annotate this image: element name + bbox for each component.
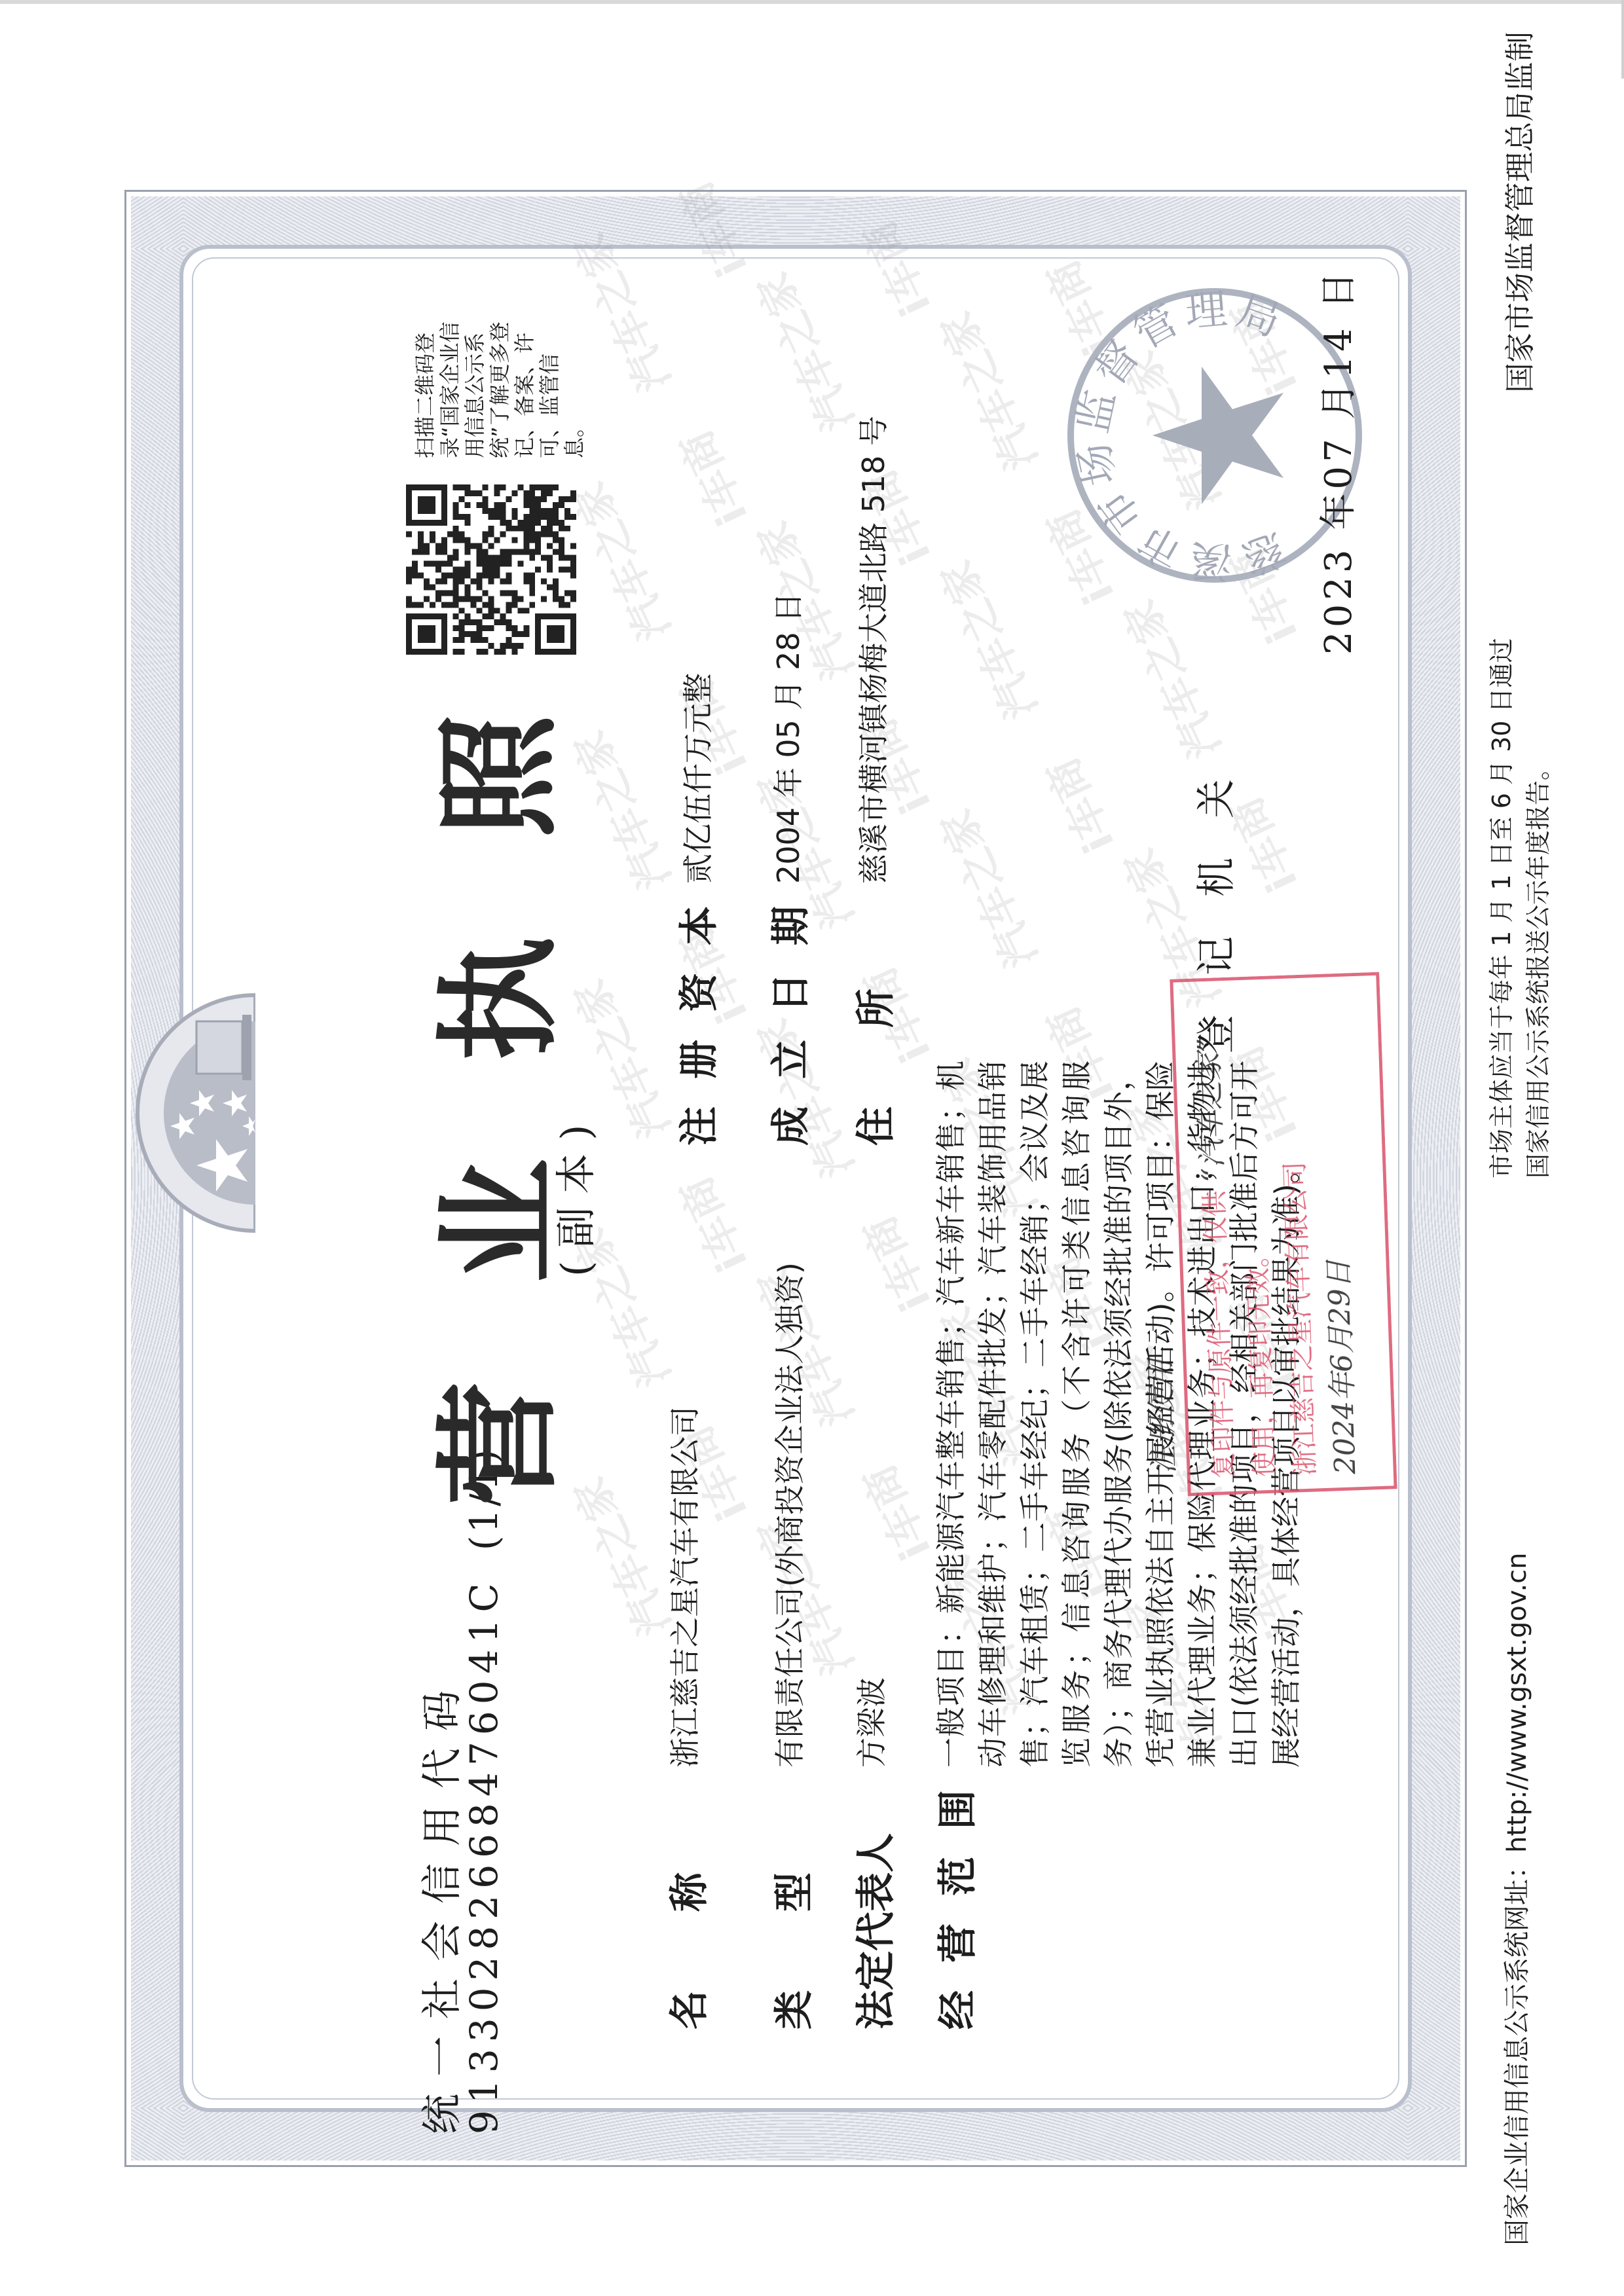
field-label-scope: 经营范围 [927, 1762, 983, 2030]
field-value-legal-rep: 方梁波 [848, 1677, 891, 1768]
issue-year-unit: 年 [1318, 490, 1360, 530]
national-emblem-icon [118, 982, 255, 1244]
field-label-established: 成立日期 [760, 879, 816, 1146]
field-value-type: 有限责任公司(外商投资企业法人独资) [766, 1262, 809, 1768]
handwritten-signature: 注册使用 [1141, 1358, 1185, 1475]
field-label-type: 类型 [763, 1794, 819, 2030]
field-value-name: 浙江慈吉之星汽车有限公司 [661, 1406, 705, 1768]
field-value-address: 慈溪市横河镇杨梅大道北路 518 号 [850, 416, 893, 884]
credit-code-label: 统一社会信用代码 [409, 1673, 468, 2134]
field-value-established: 2004 年 05 月 28 日 [765, 592, 808, 884]
field-label-name: 名称 [658, 1794, 714, 2030]
gsxt-url-notice: 国家企业信用信息公示系统网址：http://www.gsxt.gov.cn [1496, 1552, 1534, 2246]
field-label-address: 住所 [845, 910, 901, 1146]
handwritten-purpose: “汽车之家” [1191, 1037, 1230, 1183]
issue-month-unit: 月 [1318, 379, 1360, 420]
annual-report-notice: 市场主体应当于每年 1 月 1 日至 6 月 30 日通过 国家信用公示系统报送… [1483, 638, 1557, 1178]
field-label-capital: 注册资本 [668, 879, 724, 1146]
issue-day: 14 [1318, 324, 1360, 378]
qr-caption: 扫描二维码登录“国家企业信用信息公示系统”了解更多登记、备案、许可、监管信息。 [413, 321, 587, 458]
credit-code: 91330282668476041C(1/1) [462, 1447, 506, 2134]
field-value-capital: 贰亿伍仟万元整 [674, 673, 718, 884]
page-title: 营业执照 [399, 615, 578, 1506]
copy-verification-stamp: 复印件与原件一致，仅供 “汽车之家” 使用，再复印无效。 浙江慈吉之星汽车有限公… [1170, 972, 1397, 1497]
issue-year: 2023 [1318, 545, 1360, 655]
issue-month: 07 [1318, 435, 1360, 489]
business-license: 汽车之家i车商汽车之家i车商汽车之家i车商汽车之家i车商汽车之家i车商汽车之家i… [0, 0, 1624, 2296]
star-icon [1153, 367, 1283, 504]
issue-day-unit: 日 [1318, 268, 1360, 309]
page-subtitle: (副本) [544, 1112, 602, 1277]
regulator-footer: 国家市场监督管理总局监制 [1496, 31, 1540, 393]
handwritten-date: 2024年6月29日 [1321, 1259, 1362, 1475]
qr-code-icon [406, 484, 576, 655]
credit-code-value: 91330282668476041C [462, 1576, 506, 2134]
issue-date: 2023 年07 月14 日 [1310, 268, 1362, 655]
field-label-legal-rep: 法定代表人 [845, 1833, 901, 2030]
